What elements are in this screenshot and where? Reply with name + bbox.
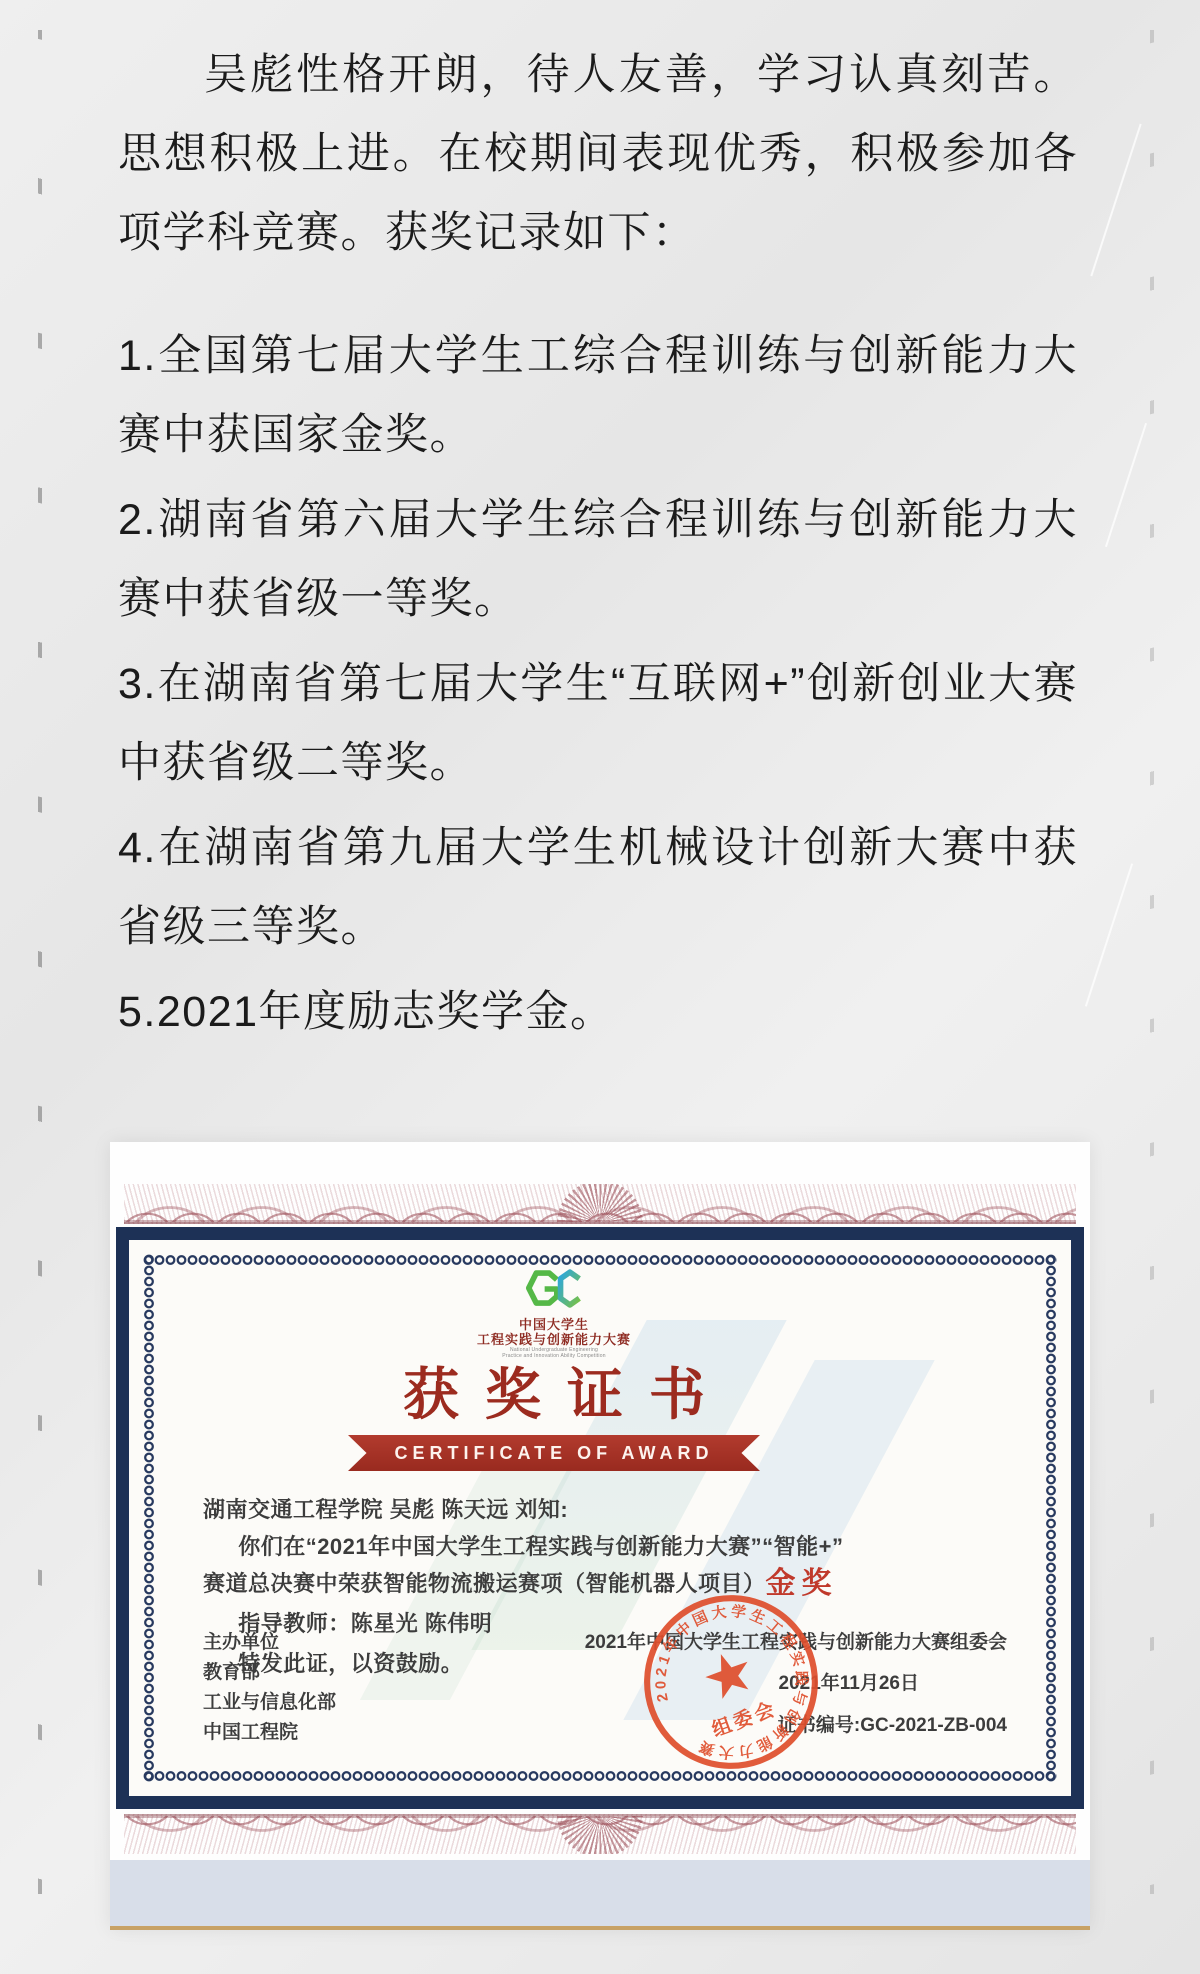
certificate-title: 获奖证书	[116, 1365, 995, 1427]
article-page: 吴彪性格开朗，待人友善，学习认真刻苦。思想积极上进。在校期间表现优秀，积极参加各…	[0, 0, 1200, 1974]
host-organizations: 主办单位 教育部 工业与信息化部 中国工程院	[203, 1628, 336, 1748]
body-line-2: 赛道总决赛中荣获智能物流搬运赛项（智能机器人项目）金奖	[203, 1565, 1001, 1602]
award-item-1: 1.全国第七届大学生工综合程训练与创新能力大赛中获国家金奖。	[118, 317, 1078, 475]
recipient-line: 湖南交通工程学院 吴彪 陈天远 刘知:	[203, 1491, 1001, 1528]
rope-border-top	[143, 1254, 1057, 1266]
host-label: 主办单位	[203, 1628, 336, 1658]
intro-paragraph: 吴彪性格开朗，待人友善，学习认真刻苦。思想积极上进。在校期间表现优秀，积极参加各…	[118, 36, 1078, 273]
rope-border-right	[1045, 1254, 1057, 1782]
body-line-2-text: 赛道总决赛中荣获智能物流搬运赛项（智能机器人项目）	[203, 1571, 766, 1596]
logo-text-cn-2: 工程实践与创新能力大赛	[116, 1332, 995, 1347]
host-1: 教育部	[203, 1658, 336, 1688]
award-item-4: 4.在湖南省第九届大学生机械设计创新大赛中获省级三等奖。	[118, 809, 1078, 967]
award-item-2: 2.湖南省第六届大学生综合程训练与创新能力大赛中获省级一等奖。	[118, 481, 1078, 639]
host-2: 工业与信息化部	[203, 1688, 336, 1718]
award-item-3: 3.在湖南省第七届大学生“互联网+”创新创业大赛中获省级二等奖。	[118, 645, 1078, 803]
logo-text-cn-1: 中国大学生	[116, 1317, 995, 1332]
certificate-header: 中国大学生 工程实践与创新能力大赛 National Undergraduate…	[116, 1266, 995, 1471]
guilloche-border-top	[124, 1184, 1076, 1224]
award-item-5: 5.2021年度励志奖学金。	[118, 973, 1078, 1052]
body-line-1: 你们在“2021年中国大学生工程实践与创新能力大赛”“智能+”	[203, 1528, 1001, 1565]
certificate-frame: 中国大学生 工程实践与创新能力大赛 National Undergraduate…	[116, 1227, 1084, 1809]
certificate-subtitle-ribbon: CERTIFICATE OF AWARD	[348, 1435, 760, 1471]
photo-edge-marks-right	[1150, 30, 1154, 1894]
logo-text-en-2: Practice and Innovation Ability Competit…	[116, 1353, 995, 1359]
photo-scratch	[1105, 423, 1147, 547]
certificate-content: 中国大学生 工程实践与创新能力大赛 National Undergraduate…	[159, 1266, 1041, 1770]
photo-scratch	[1090, 124, 1141, 277]
rope-border-bottom	[143, 1770, 1057, 1782]
certificate-footer: 主办单位 教育部 工业与信息化部 中国工程院 2021年中国大学生工程实践与创新…	[203, 1628, 1007, 1748]
photo-bottom-band	[110, 1860, 1090, 1930]
gc-competition-logo-icon	[525, 1266, 583, 1312]
award-list: 1.全国第七届大学生工综合程训练与创新能力大赛中获国家金奖。 2.湖南省第六届大…	[118, 317, 1078, 1052]
photo-edge-marks-left	[38, 30, 42, 1894]
host-3: 中国工程院	[203, 1718, 336, 1748]
article-body: 吴彪性格开朗，待人友善，学习认真刻苦。思想积极上进。在校期间表现优秀，积极参加各…	[118, 36, 1078, 1052]
seal-star-icon	[700, 1646, 757, 1701]
certificate-photo[interactable]: 中国大学生 工程实践与创新能力大赛 National Undergraduate…	[110, 1142, 1090, 1930]
guilloche-border-bottom	[124, 1814, 1076, 1854]
photo-scratch	[1085, 863, 1133, 1006]
